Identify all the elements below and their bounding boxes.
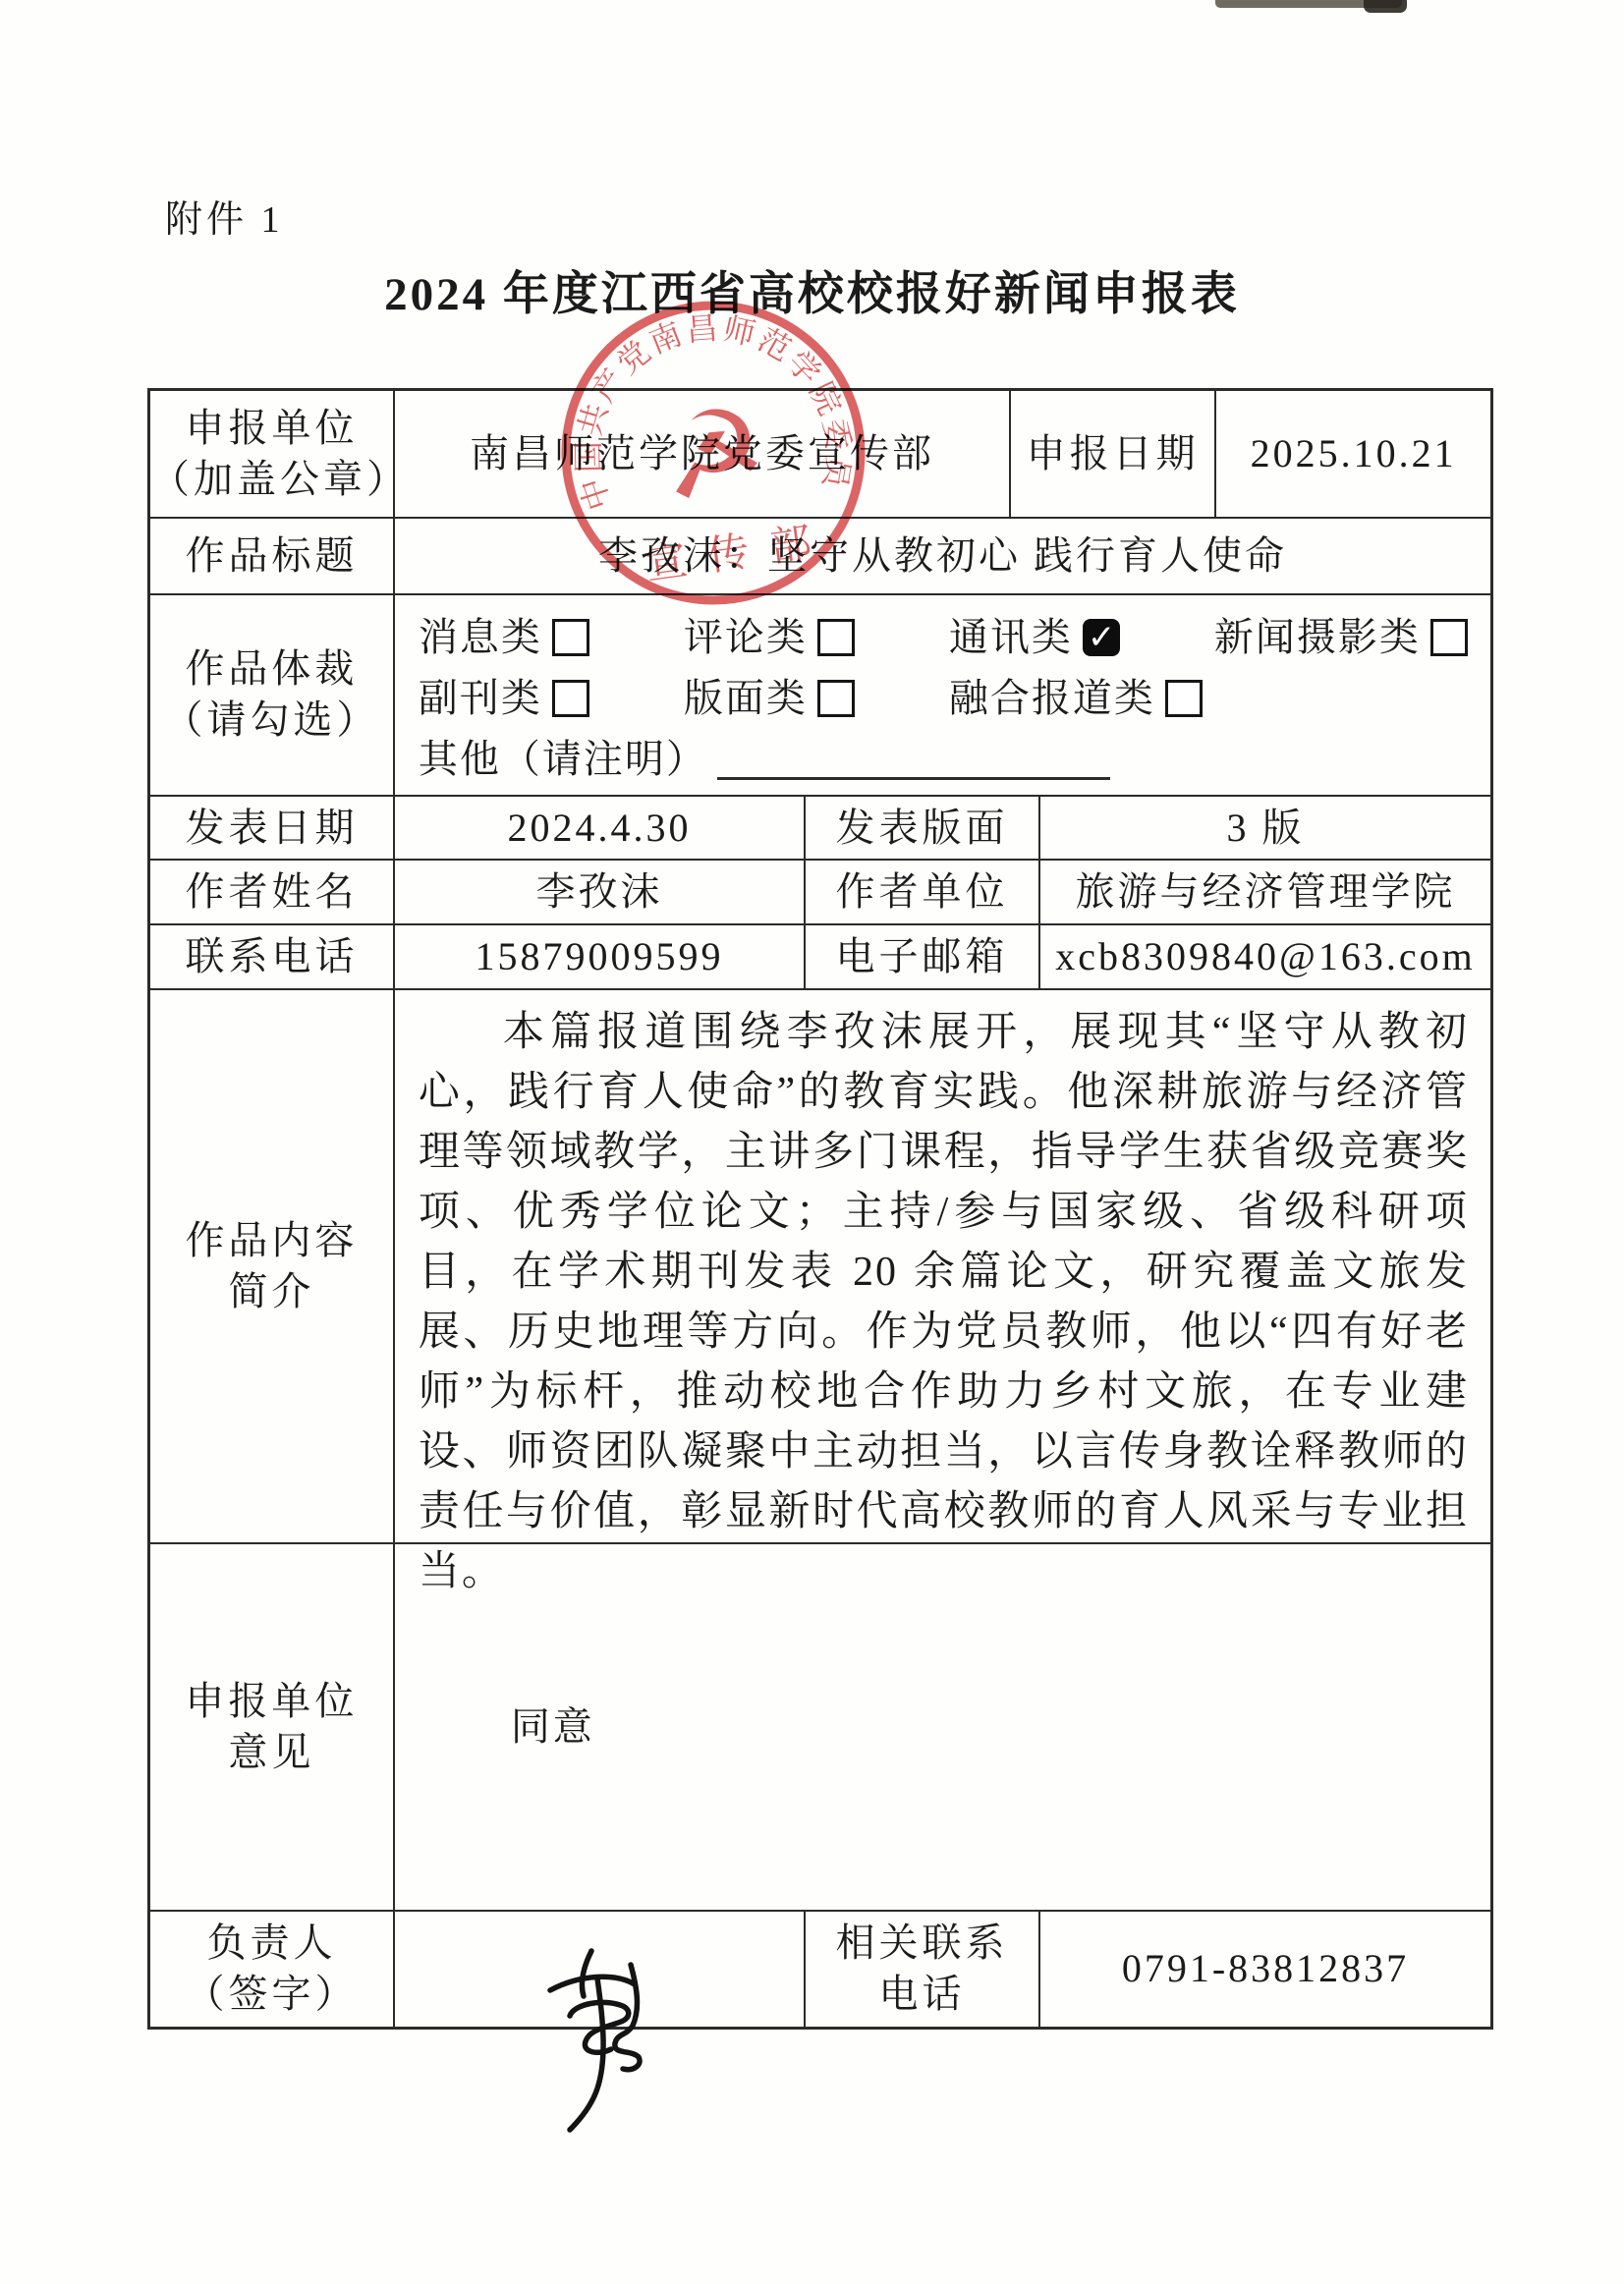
publish-date-value: 2024.4.30 xyxy=(395,797,806,862)
row-publish-date: 发表日期 2024.4.30 发表版面 3 版 xyxy=(150,797,1490,862)
row-summary: 作品内容 简介 本篇报道围绕李孜沫展开，展现其“坚守从教初心，践行育人使命”的教… xyxy=(150,990,1490,1544)
author-name-label: 作者姓名 xyxy=(150,861,395,925)
genre-option-photo: 新闻摄影类 xyxy=(1214,612,1468,663)
attachment-label: 附件 1 xyxy=(165,189,284,243)
genre-option-converged: 融合报道类 xyxy=(949,673,1203,724)
unit-opinion-value: 同意 xyxy=(395,1544,1490,1912)
genre-options-line1: 消息类 评论类 通讯类 新闻摄影类 xyxy=(419,607,1468,668)
work-title-label: 作品标题 xyxy=(150,519,395,595)
signer-label: 负责人 （签字） xyxy=(150,1912,395,2027)
signature-cell xyxy=(395,1912,806,2027)
checkbox-icon xyxy=(817,680,855,717)
scan-artifact-blob xyxy=(1364,0,1407,13)
summary-label: 作品内容 简介 xyxy=(150,990,395,1544)
genre-other-label: 其他（请注明） xyxy=(419,734,707,785)
genre-other-line: 其他（请注明） xyxy=(419,729,1110,790)
publish-page-label: 发表版面 xyxy=(806,797,1040,862)
application-form-table: 申报单位 （加盖公章） 南昌师范学院党委宣传部 申报日期 2025.10.21 … xyxy=(147,388,1493,2030)
checkbox-icon xyxy=(552,619,589,656)
phone-label: 联系电话 xyxy=(150,925,395,990)
row-work-title: 作品标题 李孜沫：坚守从教初心 践行育人使命 xyxy=(150,519,1490,595)
genre-options-line2: 副刊类 版面类 融合报道类 xyxy=(419,668,1203,729)
author-unit-value: 旅游与经济管理学院 xyxy=(1040,861,1490,925)
row-signature: 负责人 （签字） 相关联系 电话 0791-83812837 xyxy=(150,1912,1490,2027)
publish-page-value: 3 版 xyxy=(1040,797,1490,862)
checkbox-icon xyxy=(1430,619,1468,656)
author-name-value: 李孜沫 xyxy=(395,861,806,925)
row-genre: 作品体裁 （请勾选） 消息类 评论类 通讯类 新闻摄影类 xyxy=(150,595,1490,797)
genre-option-supplement: 副刊类 xyxy=(419,673,684,724)
page-title: 2024 年度江西省高校校报好新闻申报表 xyxy=(0,257,1624,323)
declaring-unit-label: 申报单位 （加盖公章） xyxy=(150,391,395,519)
row-author: 作者姓名 李孜沫 作者单位 旅游与经济管理学院 xyxy=(150,861,1490,925)
handwritten-signature xyxy=(513,1939,680,2136)
declaring-unit-value: 南昌师范学院党委宣传部 xyxy=(395,391,1011,519)
checkbox-checked-icon xyxy=(1083,619,1120,656)
declare-date-value: 2025.10.21 xyxy=(1216,391,1490,519)
summary-value: 本篇报道围绕李孜沫展开，展现其“坚守从教初心，践行育人使命”的教育实践。他深耕旅… xyxy=(395,990,1490,1544)
work-title-value: 李孜沫：坚守从教初心 践行育人使命 xyxy=(395,519,1490,595)
phone-value: 15879009599 xyxy=(395,925,806,990)
genre-option-layout: 版面类 xyxy=(684,673,949,724)
row-declaring-unit: 申报单位 （加盖公章） 南昌师范学院党委宣传部 申报日期 2025.10.21 xyxy=(150,391,1490,519)
email-value: xcb8309840@163.com xyxy=(1040,925,1490,990)
email-label: 电子邮箱 xyxy=(806,925,1040,990)
genre-other-blank-line xyxy=(717,738,1110,780)
genre-option-communication: 通讯类 xyxy=(949,612,1214,663)
genre-label: 作品体裁 （请勾选） xyxy=(150,595,395,797)
row-unit-opinion: 申报单位 意见 同意 xyxy=(150,1544,1490,1912)
contact-phone-label: 相关联系 电话 xyxy=(806,1912,1040,2027)
declare-date-label: 申报日期 xyxy=(1011,391,1216,519)
unit-opinion-label: 申报单位 意见 xyxy=(150,1544,395,1912)
checkbox-icon xyxy=(552,680,589,717)
publish-date-label: 发表日期 xyxy=(150,797,395,862)
scanned-application-form-page: 附件 1 2024 年度江西省高校校报好新闻申报表 申报单位 （加盖公章） 南昌… xyxy=(0,0,1624,2284)
contact-phone-value: 0791-83812837 xyxy=(1040,1912,1490,2027)
checkbox-icon xyxy=(817,619,855,656)
author-unit-label: 作者单位 xyxy=(806,861,1040,925)
checkbox-icon xyxy=(1165,680,1203,717)
row-contact: 联系电话 15879009599 电子邮箱 xcb8309840@163.com xyxy=(150,925,1490,990)
genre-option-news: 消息类 xyxy=(419,612,684,663)
summary-paragraph: 本篇报道围绕李孜沫展开，展现其“坚守从教初心，践行育人使命”的教育实践。他深耕旅… xyxy=(419,1003,1469,1602)
genre-options: 消息类 评论类 通讯类 新闻摄影类 副刊类 xyxy=(395,595,1490,797)
genre-option-comment: 评论类 xyxy=(684,612,949,663)
